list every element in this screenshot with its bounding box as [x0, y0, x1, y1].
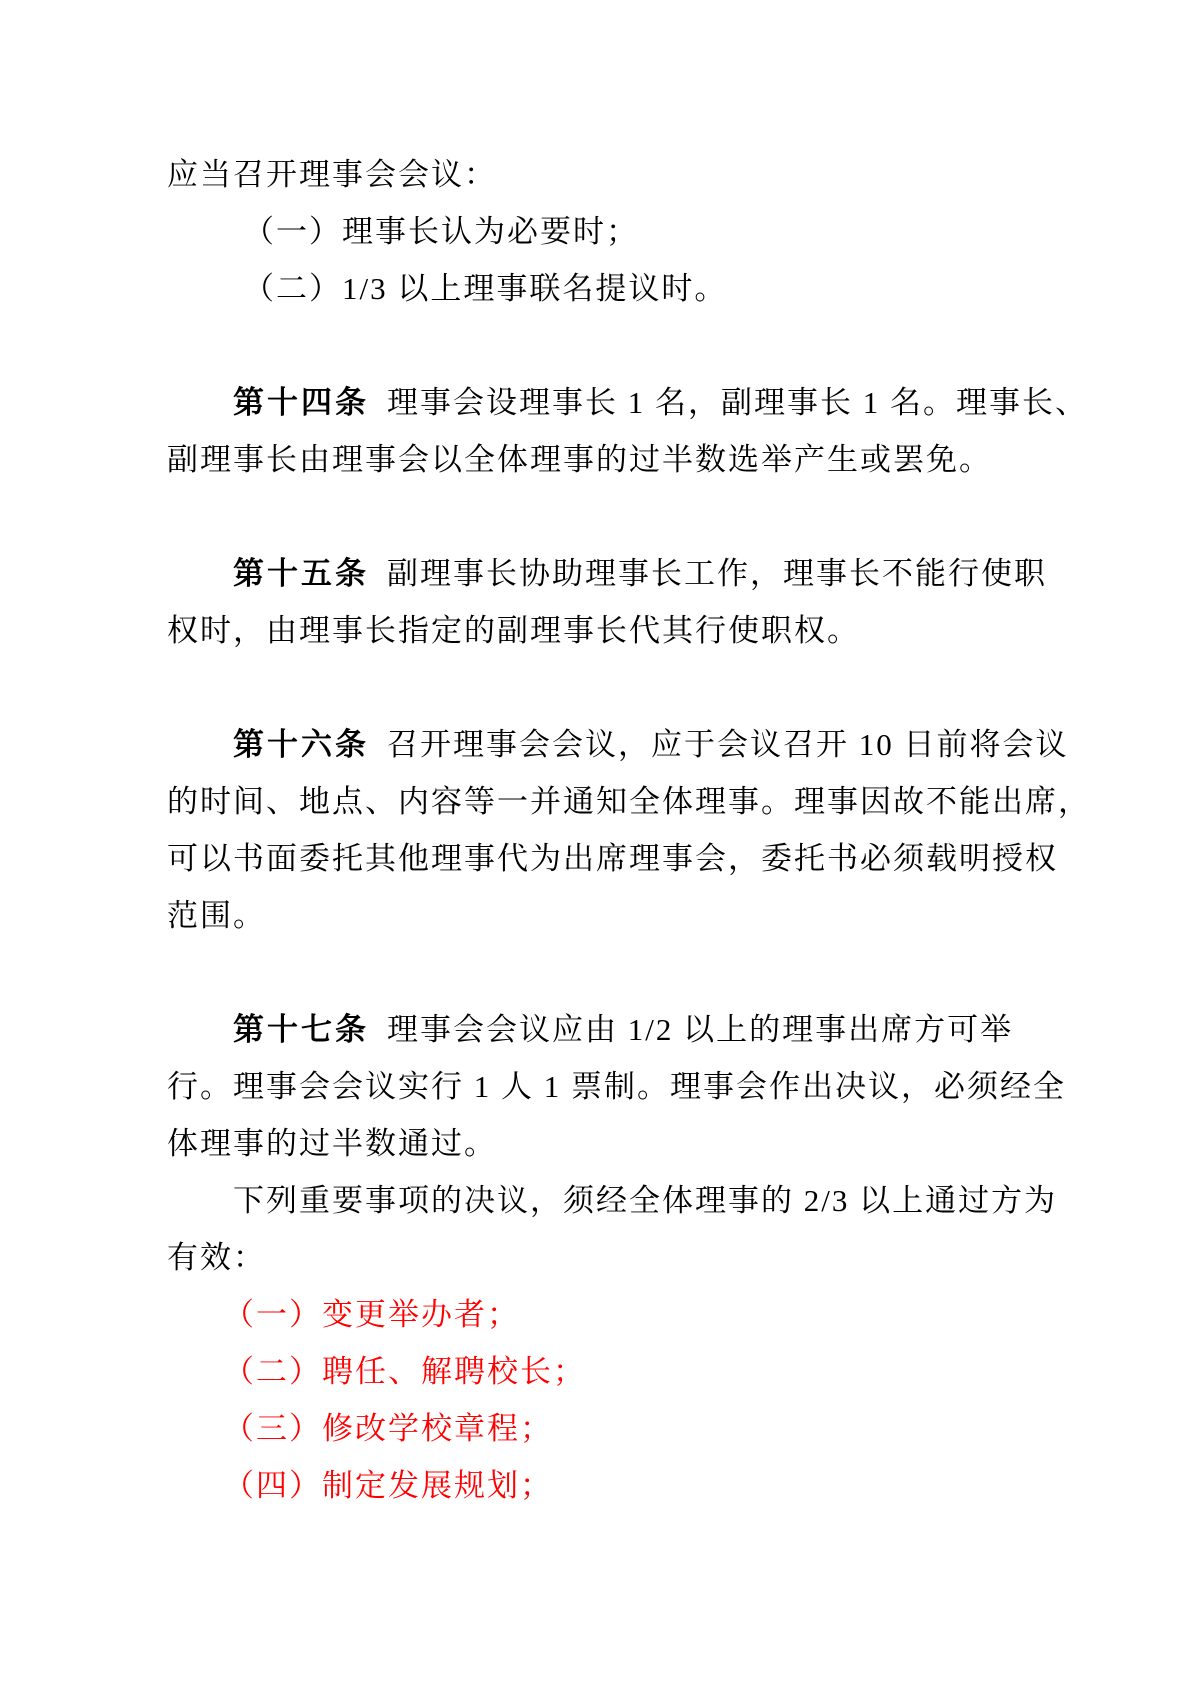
line-text: （二）1/3 以上理事联名提议时。	[243, 271, 727, 306]
line-text: 理事会设理事长 1 名，副理事长 1 名。理事长、	[387, 385, 1088, 420]
doc-line: 体理事的过半数通过。	[167, 1115, 1127, 1172]
line-text: 副理事长由理事会以全体理事的过半数选举产生或罢免。	[167, 442, 992, 477]
doc-line: 应当召开理事会会议：	[167, 146, 1127, 203]
line-text: 应当召开理事会会议：	[167, 157, 497, 192]
doc-line: 副理事长由理事会以全体理事的过半数选举产生或罢免。	[167, 431, 1127, 488]
doc-line-red: （一）变更举办者；	[167, 1286, 1127, 1343]
doc-line: 范围。	[167, 887, 1127, 944]
doc-line: 第十六条召开理事会会议，应于会议召开 10 日前将会议	[167, 716, 1127, 773]
line-text: 范围。	[167, 898, 266, 933]
line-text: （一）理事长认为必要时；	[243, 214, 639, 249]
line-text: 有效：	[167, 1240, 266, 1275]
document-body: 应当召开理事会会议：（一）理事长认为必要时；（二）1/3 以上理事联名提议时。第…	[167, 146, 1127, 1514]
line-text: 体理事的过半数通过。	[167, 1126, 497, 1161]
line-text: （三）修改学校章程；	[223, 1411, 553, 1446]
line-text: 下列重要事项的决议，须经全体理事的 2/3 以上通过方为	[233, 1183, 1057, 1218]
doc-line: （二）1/3 以上理事联名提议时。	[167, 260, 1127, 317]
doc-line-red: （三）修改学校章程；	[167, 1400, 1127, 1457]
doc-line: 权时，由理事长指定的副理事长代其行使职权。	[167, 602, 1127, 659]
line-text: 召开理事会会议，应于会议召开 10 日前将会议	[387, 727, 1069, 762]
doc-line: 第十七条理事会会议应由 1/2 以上的理事出席方可举	[167, 1001, 1127, 1058]
doc-line-red: （四）制定发展规划；	[167, 1457, 1127, 1514]
line-text: （一）变更举办者；	[223, 1297, 520, 1332]
line-text: 理事会会议应由 1/2 以上的理事出席方可举	[387, 1012, 1013, 1047]
doc-line: 行。理事会会议实行 1 人 1 票制。理事会作出决议，必须经全	[167, 1058, 1127, 1115]
line-text: 的时间、地点、内容等一并通知全体理事。理事因故不能出席，	[167, 784, 1091, 819]
line-text: 副理事长协助理事长工作，理事长不能行使职	[387, 556, 1047, 591]
document-page: 应当召开理事会会议：（一）理事长认为必要时；（二）1/3 以上理事联名提议时。第…	[0, 0, 1191, 1684]
line-text: （四）制定发展规划；	[223, 1468, 553, 1503]
doc-line: 有效：	[167, 1229, 1127, 1286]
line-text: 权时，由理事长指定的副理事长代其行使职权。	[167, 613, 860, 648]
doc-line: 下列重要事项的决议，须经全体理事的 2/3 以上通过方为	[167, 1172, 1127, 1229]
article-number: 第十五条	[233, 556, 369, 591]
doc-line: 第十五条副理事长协助理事长工作，理事长不能行使职	[167, 545, 1127, 602]
doc-line: 的时间、地点、内容等一并通知全体理事。理事因故不能出席，	[167, 773, 1127, 830]
article-number: 第十七条	[233, 1012, 369, 1047]
doc-line-red: （二）聘任、解聘校长；	[167, 1343, 1127, 1400]
line-text: 可以书面委托其他理事代为出席理事会，委托书必须载明授权	[167, 841, 1058, 876]
line-text: 行。理事会会议实行 1 人 1 票制。理事会作出决议，必须经全	[167, 1069, 1066, 1104]
line-text: （二）聘任、解聘校长；	[223, 1354, 586, 1389]
article-number: 第十六条	[233, 727, 369, 762]
doc-line: 可以书面委托其他理事代为出席理事会，委托书必须载明授权	[167, 830, 1127, 887]
article-number: 第十四条	[233, 385, 369, 420]
doc-line: 第十四条理事会设理事长 1 名，副理事长 1 名。理事长、	[167, 374, 1127, 431]
doc-line: （一）理事长认为必要时；	[167, 203, 1127, 260]
